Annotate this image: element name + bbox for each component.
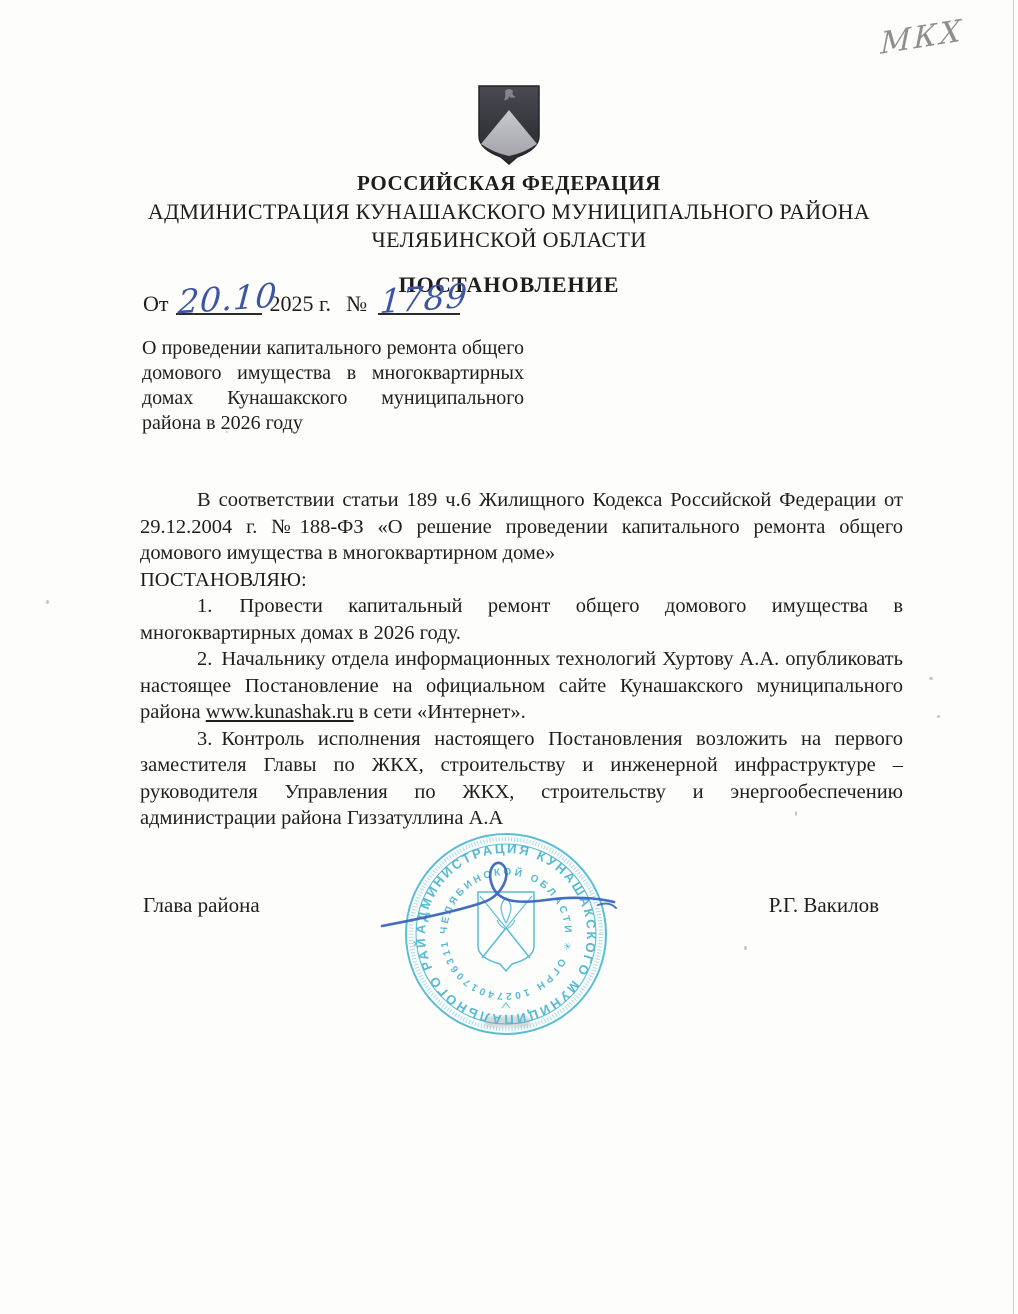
- intro-paragraph: В соответствии статьи 189 ч.6 Жилищного …: [140, 487, 903, 567]
- year-label: 2025 г.: [270, 291, 332, 316]
- handwritten-date: 20.10: [176, 275, 278, 321]
- scan-speck: [937, 715, 940, 718]
- document-body: В соответствии статьи 189 ч.6 Жилищного …: [140, 487, 903, 832]
- date-number-line: От20.102025 г.№1789: [143, 291, 460, 317]
- signatory-name: Р.Г. Вакилов: [769, 893, 879, 918]
- number-sign: №: [346, 291, 367, 316]
- scan-speck: [744, 946, 747, 950]
- pencil-annotation: МКХ: [880, 13, 964, 62]
- document-subject: О проведении капитального ремонта общего…: [142, 336, 524, 436]
- handwritten-number: 1789: [379, 276, 470, 321]
- coat-of-arms-icon: [476, 84, 542, 166]
- item-2-paragraph: 2.Начальнику отдела информационных техно…: [140, 646, 903, 726]
- item-3-text: Контроль исполнения настоящего Постановл…: [140, 728, 903, 830]
- item-3-number: 3.: [197, 728, 212, 750]
- scan-speck: [226, 431, 228, 433]
- country-title: РОССИЙСКАЯ ФЕДЕРАЦИЯ: [0, 171, 1018, 196]
- document-header: РОССИЙСКАЯ ФЕДЕРАЦИЯ АДМИНИСТРАЦИЯ КУНАШ…: [0, 84, 1018, 298]
- organization-title: АДМИНИСТРАЦИЯ КУНАШАКСКОГО МУНИЦИПАЛЬНОГ…: [0, 199, 1018, 225]
- handwritten-signature: [362, 838, 632, 948]
- item-1-paragraph: 1.Провести капитальный ремонт общего дом…: [140, 593, 903, 646]
- item-1-text: Провести капитальный ремонт общего домов…: [140, 595, 903, 644]
- region-title: ЧЕЛЯБИНСКОЙ ОБЛАСТИ: [0, 227, 1018, 253]
- scan-speck: [46, 600, 49, 604]
- date-prefix: От: [143, 291, 169, 316]
- scanned-decree-page: МКХ РОССИЙСКАЯ ФЕДЕРАЦИЯ АДМИНИСТРАЦИЯ К…: [0, 0, 1018, 1314]
- scan-speck: [929, 677, 933, 680]
- item-2-text-after: в сети «Интернет».: [354, 701, 526, 723]
- website-link[interactable]: www.kunashak.ru: [206, 701, 354, 723]
- item-1-number: 1.: [197, 595, 212, 617]
- resolve-word: ПОСТАНОВЛЯЮ:: [140, 567, 903, 594]
- date-blank-line: 20.10: [176, 292, 262, 315]
- scan-speck: [795, 811, 797, 816]
- signatory-position: Глава района: [143, 893, 260, 918]
- number-blank-line: 1789: [378, 292, 460, 315]
- item-2-number: 2.: [197, 648, 212, 670]
- item-3-paragraph: 3.Контроль исполнения настоящего Постано…: [140, 726, 903, 832]
